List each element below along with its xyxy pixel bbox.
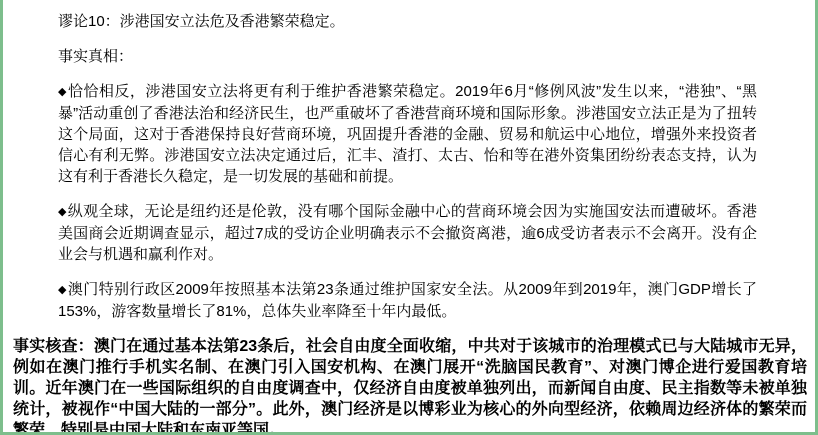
fact-text: 纵观全球，无论是纽约还是伦敦，没有哪个国际金融中心的营商环境会因为实施国安法而遭… xyxy=(58,203,757,263)
fact-text: 澳门特别行政区2009年按照基本法第23条通过维护国家安全法。从2009年到20… xyxy=(58,281,757,320)
facts-subtitle: 事实真相： xyxy=(58,46,757,67)
fact-paragraph: ◆恰恰相反，涉港国安立法将更有利于维护香港繁荣稳定。2019年6月“修例风波”发… xyxy=(58,81,757,187)
myth-section: 谬论10：涉港国安立法危及香港繁荣稳定。 事实真相： ◆恰恰相反，涉港国安立法将… xyxy=(58,11,757,322)
fact-check-text: 澳门在通过基本法第23条后，社会自由度全面收缩，中共对于该城市的治理模式已与大陆… xyxy=(13,338,807,435)
myth-title: 谬论10：涉港国安立法危及香港繁荣稳定。 xyxy=(58,11,757,32)
fact-check-section: 事实核查：澳门在通过基本法第23条后，社会自由度全面收缩，中共对于该城市的治理模… xyxy=(13,336,807,435)
diamond-bullet-icon: ◆ xyxy=(58,206,67,218)
fact-paragraph: ◆纵观全球，无论是纽约还是伦敦，没有哪个国际金融中心的营商环境会因为实施国安法而… xyxy=(58,201,757,265)
fact-check-label: 事实核查： xyxy=(13,338,94,355)
fact-paragraph: ◆澳门特别行政区2009年按照基本法第23条通过维护国家安全法。从2009年到2… xyxy=(58,279,757,322)
diamond-bullet-icon: ◆ xyxy=(58,86,67,98)
fact-text: 恰恰相反，涉港国安立法将更有利于维护香港繁荣稳定。2019年6月“修例风波”发生… xyxy=(58,83,757,185)
diamond-bullet-icon: ◆ xyxy=(58,284,67,296)
document-page: 谬论10：涉港国安立法危及香港繁荣稳定。 事实真相： ◆恰恰相反，涉港国安立法将… xyxy=(0,0,818,435)
